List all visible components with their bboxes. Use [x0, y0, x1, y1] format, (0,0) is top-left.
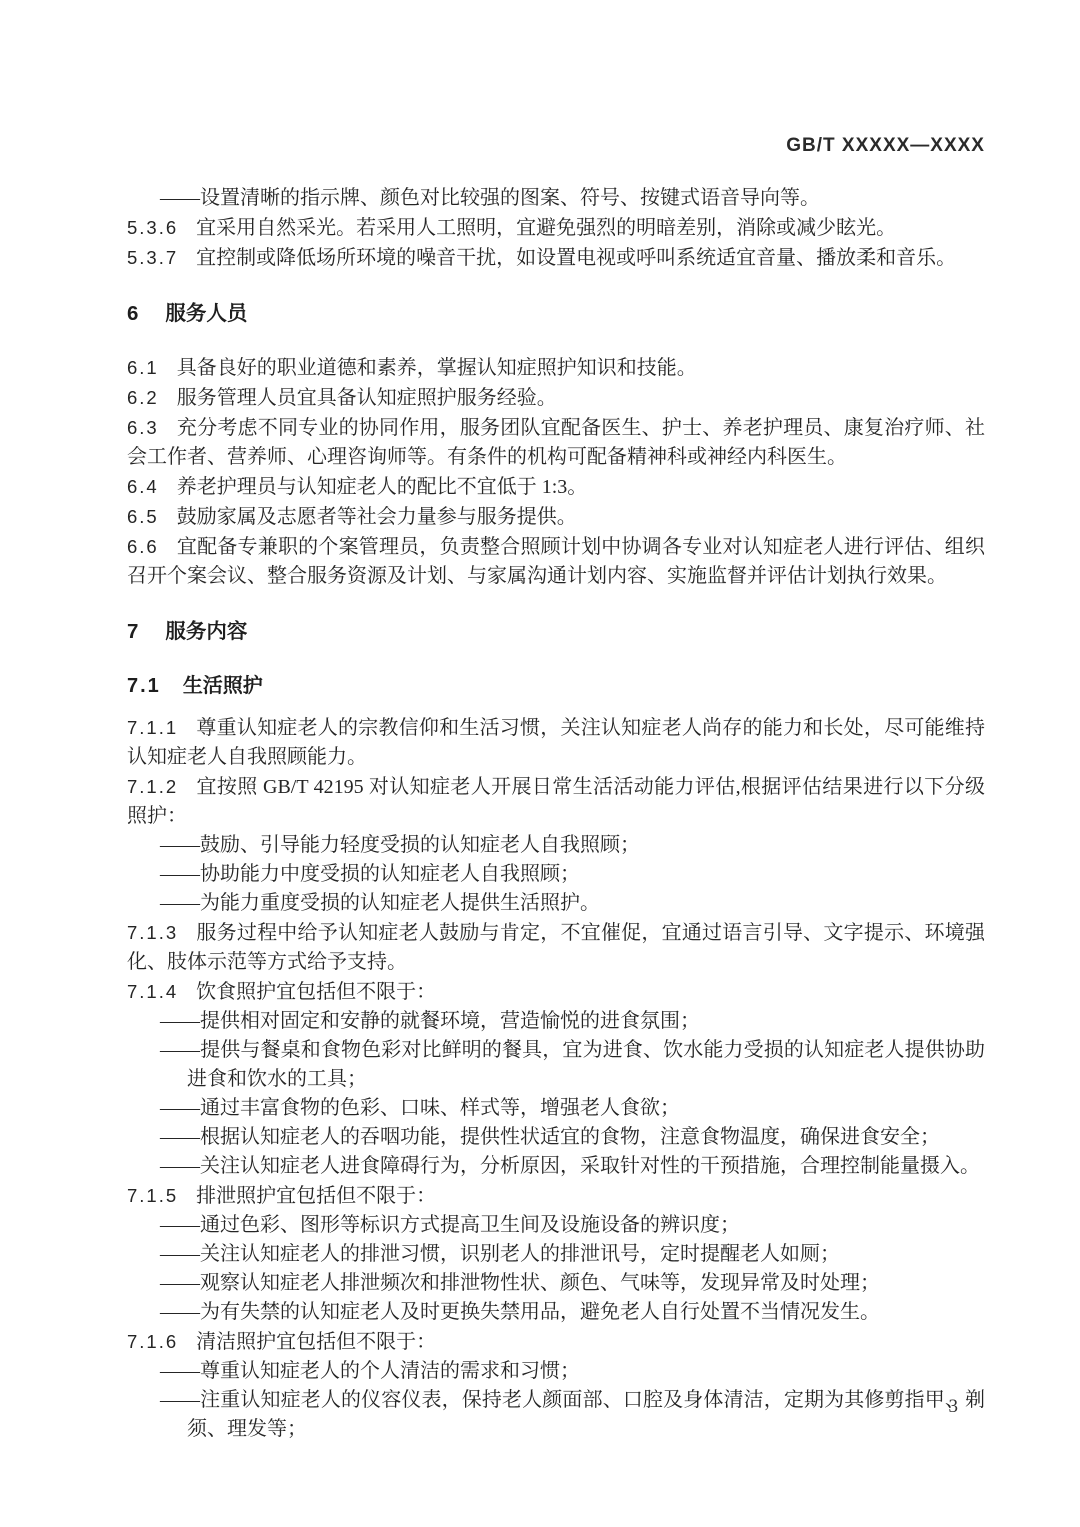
clause-number: 7.1.4: [127, 981, 178, 1002]
dash-item: ——提供相对固定和安静的就餐环境，营造愉悦的进食氛围；: [160, 1007, 985, 1036]
dash-item: ——观察认知症老人排泄频次和排泄物性状、颜色、气味等，发现异常及时处理；: [160, 1269, 985, 1298]
clause-number: 7.1.6: [127, 1331, 178, 1352]
clause-number: 7.1.1: [127, 717, 178, 738]
clause-7-1-6: 7.1.6清洁照护宜包括但不限于：: [127, 1327, 985, 1357]
dash-item: ——鼓励、引导能力轻度受损的认知症老人自我照顾；: [160, 831, 985, 860]
dash-item: ——通过色彩、图形等标识方式提高卫生间及设施设备的辨识度；: [160, 1211, 985, 1240]
clause-7-1-2: 7.1.2宜按照 GB/T 42195 对认知症老人开展日常生活活动能力评估,根…: [127, 772, 985, 831]
dash-item: ——提供与餐桌和食物色彩对比鲜明的餐具，宜为进食、饮水能力受损的认知症老人提供协…: [160, 1036, 985, 1094]
section-heading-6: 6服务人员: [127, 299, 985, 329]
clause-text: 服务管理人员宜具备认知症照护服务经验。: [177, 387, 557, 409]
section-number: 7: [127, 620, 139, 643]
clause-number: 6.5: [127, 506, 159, 527]
clause-number: 6.2: [127, 387, 159, 408]
clause-text: 排泄照护宜包括但不限于：: [196, 1185, 436, 1207]
document-code-header: GB/T XXXXX—XXXX: [127, 135, 985, 157]
section-number: 6: [127, 302, 139, 325]
dash-item: ——为能力重度受损的认知症老人提供生活照护。: [160, 889, 985, 918]
clause-text: 养老护理员与认知症老人的配比不宜低于 1:3。: [177, 476, 588, 498]
dash-item: ——注重认知症老人的仪容仪表，保持老人颜面部、口腔及身体清洁，定期为其修剪指甲、…: [160, 1386, 985, 1444]
dash-item: ——关注认知症老人的排泄习惯，识别老人的排泄讯号，定时提醒老人如厕；: [160, 1240, 985, 1269]
clause-text: 具备良好的职业道德和素养，掌握认知症照护知识和技能。: [177, 357, 697, 379]
clause-number: 6.6: [127, 536, 159, 557]
clause-text: 清洁照护宜包括但不限于：: [196, 1331, 436, 1353]
clause-7-1-3: 7.1.3服务过程中给予认知症老人鼓励与肯定，不宜催促，宜通过语言引导、文字提示…: [127, 918, 985, 977]
clause-text: 充分考虑不同专业的协同作用，服务团队宜配备医生、护士、养老护理员、康复治疗师、社…: [127, 417, 985, 468]
clause-6-4: 6.4养老护理员与认知症老人的配比不宜低于 1:3。: [127, 472, 985, 502]
clause-7-1-5: 7.1.5排泄照护宜包括但不限于：: [127, 1181, 985, 1211]
clause-number: 6.1: [127, 357, 159, 378]
clause-text: 宜按照 GB/T 42195 对认知症老人开展日常生活活动能力评估,根据评估结果…: [127, 776, 985, 827]
clause-6-5: 6.5鼓励家属及志愿者等社会力量参与服务提供。: [127, 502, 985, 532]
document-page: GB/T XXXXX—XXXX ——设置清晰的指示牌、颜色对比较强的图案、符号、…: [0, 0, 1080, 1527]
clause-6-1: 6.1具备良好的职业道德和素养，掌握认知症照护知识和技能。: [127, 353, 985, 383]
clause-text: 饮食照护宜包括但不限于：: [196, 981, 436, 1003]
subsection-number: 7.1: [127, 675, 161, 697]
clause-number: 6.3: [127, 417, 159, 438]
subsection-heading-7-1: 7.1生活照护: [127, 671, 985, 701]
dash-item: ——根据认知症老人的吞咽功能，提供性状适宜的食物，注意食物温度，确保进食安全；: [160, 1123, 985, 1152]
clause-6-3: 6.3充分考虑不同专业的协同作用，服务团队宜配备医生、护士、养老护理员、康复治疗…: [127, 413, 985, 472]
dash-item: ——协助能力中度受损的认知症老人自我照顾；: [160, 860, 985, 889]
dash-item: ——为有失禁的认知症老人及时更换失禁用品，避免老人自行处置不当情况发生。: [160, 1298, 985, 1327]
dash-item: ——通过丰富食物的色彩、口味、样式等，增强老人食欲；: [160, 1094, 985, 1123]
clause-text: 尊重认知症老人的宗教信仰和生活习惯，关注认知症老人尚存的能力和长处，尽可能维持认…: [127, 717, 985, 768]
dash-item: ——尊重认知症老人的个人清洁的需求和习惯；: [160, 1357, 985, 1386]
subsection-title: 生活照护: [183, 675, 263, 697]
clause-text: 鼓励家属及志愿者等社会力量参与服务提供。: [177, 506, 577, 528]
clause-number: 5.3.7: [127, 247, 178, 268]
section-title: 服务人员: [165, 302, 247, 325]
clause-7-1-1: 7.1.1尊重认知症老人的宗教信仰和生活习惯，关注认知症老人尚存的能力和长处，尽…: [127, 713, 985, 772]
clause-6-2: 6.2服务管理人员宜具备认知症照护服务经验。: [127, 383, 985, 413]
page-number: 3: [949, 1396, 959, 1418]
clause-number: 7.1.2: [127, 776, 178, 797]
page-content: GB/T XXXXX—XXXX ——设置清晰的指示牌、颜色对比较强的图案、符号、…: [127, 135, 985, 1444]
clause-number: 7.1.3: [127, 922, 178, 943]
clause-text: 宜配备专兼职的个案管理员，负责整合照顾计划中协调各专业对认知症老人进行评估、组织…: [127, 536, 985, 587]
section-title: 服务内容: [165, 620, 247, 643]
clause-text: 宜控制或降低场所环境的噪音干扰，如设置电视或呼叫系统适宜音量、播放柔和音乐。: [196, 247, 956, 269]
clause-7-1-4: 7.1.4饮食照护宜包括但不限于：: [127, 977, 985, 1007]
clause-6-6: 6.6宜配备专兼职的个案管理员，负责整合照顾计划中协调各专业对认知症老人进行评估…: [127, 532, 985, 591]
clause-number: 6.4: [127, 476, 159, 497]
section-heading-7: 7服务内容: [127, 617, 985, 647]
clause-text: 宜采用自然采光。若采用人工照明，宜避免强烈的明暗差别，消除或减少眩光。: [196, 217, 896, 239]
clause-5-3-7: 5.3.7宜控制或降低场所环境的噪音干扰，如设置电视或呼叫系统适宜音量、播放柔和…: [127, 243, 985, 273]
clause-number: 5.3.6: [127, 217, 178, 238]
clause-5-3-6: 5.3.6宜采用自然采光。若采用人工照明，宜避免强烈的明暗差别，消除或减少眩光。: [127, 213, 985, 243]
dash-item: ——设置清晰的指示牌、颜色对比较强的图案、符号、按键式语音导向等。: [160, 184, 985, 213]
clause-number: 7.1.5: [127, 1185, 178, 1206]
dash-item: ——关注认知症老人进食障碍行为，分析原因，采取针对性的干预措施，合理控制能量摄入…: [160, 1152, 985, 1181]
clause-text: 服务过程中给予认知症老人鼓励与肯定，不宜催促，宜通过语言引导、文字提示、环境强化…: [127, 922, 985, 973]
